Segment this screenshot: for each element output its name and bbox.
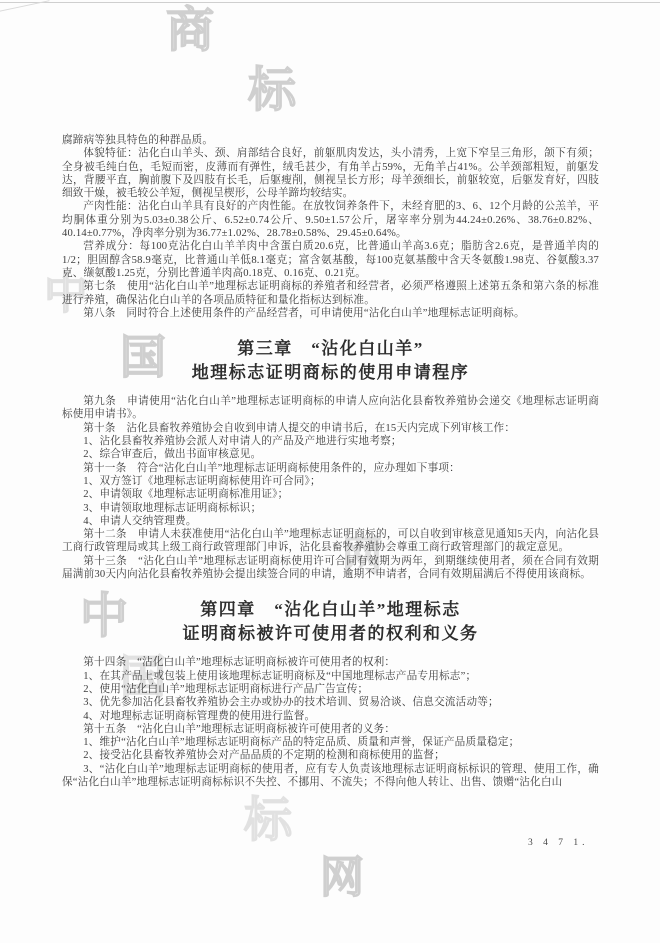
paragraph: 营养成分：每100克沾化白山羊羊肉中含蛋白质20.6克，比普通山羊高3.6克；脂…: [62, 240, 599, 280]
list-item: 3、“沾化白山羊”地理标志证明商标的使用者，应有专人负责该地理标志证明商标标识的…: [62, 763, 599, 790]
scanned-document-page: 商标中国网中国标网 腐蹄病等独具特色的种群品质。体貌特征：沾化白山羊头、颈、肩部…: [0, 0, 660, 943]
watermark-char: 网: [320, 856, 364, 900]
paragraph: 第七条 使用“沾化白山羊”地理标志证明商标的养殖者和经营者，必须严格遵照上述第五…: [62, 280, 599, 307]
list-item: 1、维护“沾化白山羊”地理标志证明商标产品的特定品质、质量和声誉，保证产品质量稳…: [62, 736, 599, 749]
document-body: 腐蹄病等独具特色的种群品质。体貌特征：沾化白山羊头、颈、肩部结合良好，前躯肌肉发…: [62, 134, 599, 789]
chapter-heading: 第三章 “沾化白山羊”地理标志证明商标的使用申请程序: [62, 337, 599, 384]
list-item: 1、在其产品上或包装上使用该地理标志证明商标及“中国地理标志产品专用标志”；: [62, 670, 599, 683]
list-item: 1、沾化县畜牧养殖协会派人对申请人的产品及产地进行实地考察；: [62, 435, 599, 448]
list-item: 3、申请领取地理标志证明商标标识；: [62, 502, 599, 515]
chapter-heading-line: 证明商标被许可使用者的权利和义务: [62, 622, 599, 646]
chapter-heading-line: 第三章 “沾化白山羊”: [62, 337, 599, 361]
list-item: 4、申请人交纳管理费。: [62, 515, 599, 528]
list-item: 2、使用“沾化白山羊”地理标志证明商标进行产品广告宣传；: [62, 683, 599, 696]
list-item: 2、接受沾化县畜牧养殖协会对产品品质的不定期的检测和商标使用的监督；: [62, 749, 599, 762]
scan-edge-line: [0, 2, 660, 3]
paragraph: 第十二条 申请人未获准使用“沾化白山羊”地理标志证明商标的，可以自收到审核意见通…: [62, 528, 599, 555]
watermark-char: 标: [244, 796, 292, 844]
chapter-heading-line: 第四章 “沾化白山羊”地理标志: [62, 598, 599, 622]
paragraph: 腐蹄病等独具特色的种群品质。: [62, 134, 599, 147]
paragraph: 第十条 沾化县畜牧养殖协会自收到申请人提交的申请书后，在15天内完成下列审核工作…: [62, 422, 599, 435]
list-item: 3、优先参加沾化县畜牧养殖协会主办或协办的技术培训、贸易洽谈、信息交流活动等；: [62, 696, 599, 709]
paragraph: 第十五条 “沾化白山羊”地理标志证明商标被许可使用者的义务：: [62, 723, 599, 736]
paragraph: 产肉性能：沾化白山羊具有良好的产肉性能。在放牧饲养条件下，未经育肥的3、6、12…: [62, 200, 599, 240]
paragraph: 第十三条 “沾化白山羊”地理标志证明商标使用许可合同有效期为两年，到期继续使用者…: [62, 555, 599, 582]
paragraph: 第十四条 “沾化白山羊”地理标志证明商标被许可使用者的权利：: [62, 656, 599, 669]
list-item: 4、对地理标志证明商标管理费的使用进行监督。: [62, 710, 599, 723]
page-number: 3 4 7 1.: [528, 838, 589, 848]
watermark-char: 商: [166, 6, 214, 54]
list-item: 2、申请领取《地理标志证明商标准用证》；: [62, 488, 599, 501]
list-item: 2、综合审查后，做出书面审核意见。: [62, 448, 599, 461]
paragraph: 第九条 申请使用“沾化白山羊”地理标志证明商标的申请人应向沾化县畜牧养殖协会递交…: [62, 395, 599, 422]
chapter-heading-line: 地理标志证明商标的使用申请程序: [62, 361, 599, 385]
list-item: 1、双方签订《地理标志证明商标使用许可合同》；: [62, 475, 599, 488]
watermark-char: 标: [248, 66, 296, 114]
paragraph: 体貌特征：沾化白山羊头、颈、肩部结合良好，前躯肌肉发达，头小清秀，上宽下窄呈三角…: [62, 147, 599, 200]
chapter-heading: 第四章 “沾化白山羊”地理标志证明商标被许可使用者的权利和义务: [62, 598, 599, 645]
paragraph: 第十一条 符合“沾化白山羊”地理标志证明商标使用条件的，应办理如下事项：: [62, 462, 599, 475]
paragraph: 第八条 同时符合上述使用条件的产品经营者，可申请使用“沾化白山羊”地理标志证明商…: [62, 307, 599, 320]
